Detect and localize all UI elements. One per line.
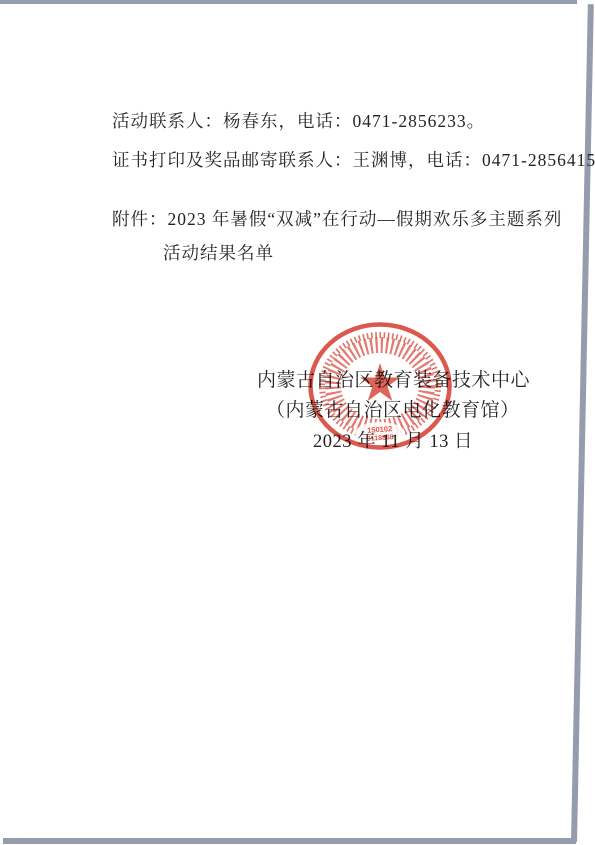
seal-code-line1: 150102 [367, 424, 393, 435]
scan-edge-right [571, 4, 593, 842]
attachment-title-line1: 附件：2023 年暑假“双减”在行动—假期欢乐多主题系列 [112, 206, 562, 231]
scan-edge-top [0, 0, 577, 4]
attachment-title-line2: 活动结果名单 [163, 240, 274, 265]
scan-edge-bottom [3, 838, 576, 844]
scanned-document-page: 活动联系人：杨春东，电话：0471-2856233。 证书打印及奖品邮寄联系人：… [0, 0, 595, 845]
official-seal-stamp-icon: 150102 0118868 [306, 322, 454, 450]
seal-star-icon [360, 363, 400, 401]
contact-line-activity: 活动联系人：杨春东，电话：0471-2856233。 [112, 108, 485, 133]
contact-line-certificate: 证书打印及奖品邮寄联系人：王渊博，电话：0471-2856415。 [112, 147, 595, 172]
